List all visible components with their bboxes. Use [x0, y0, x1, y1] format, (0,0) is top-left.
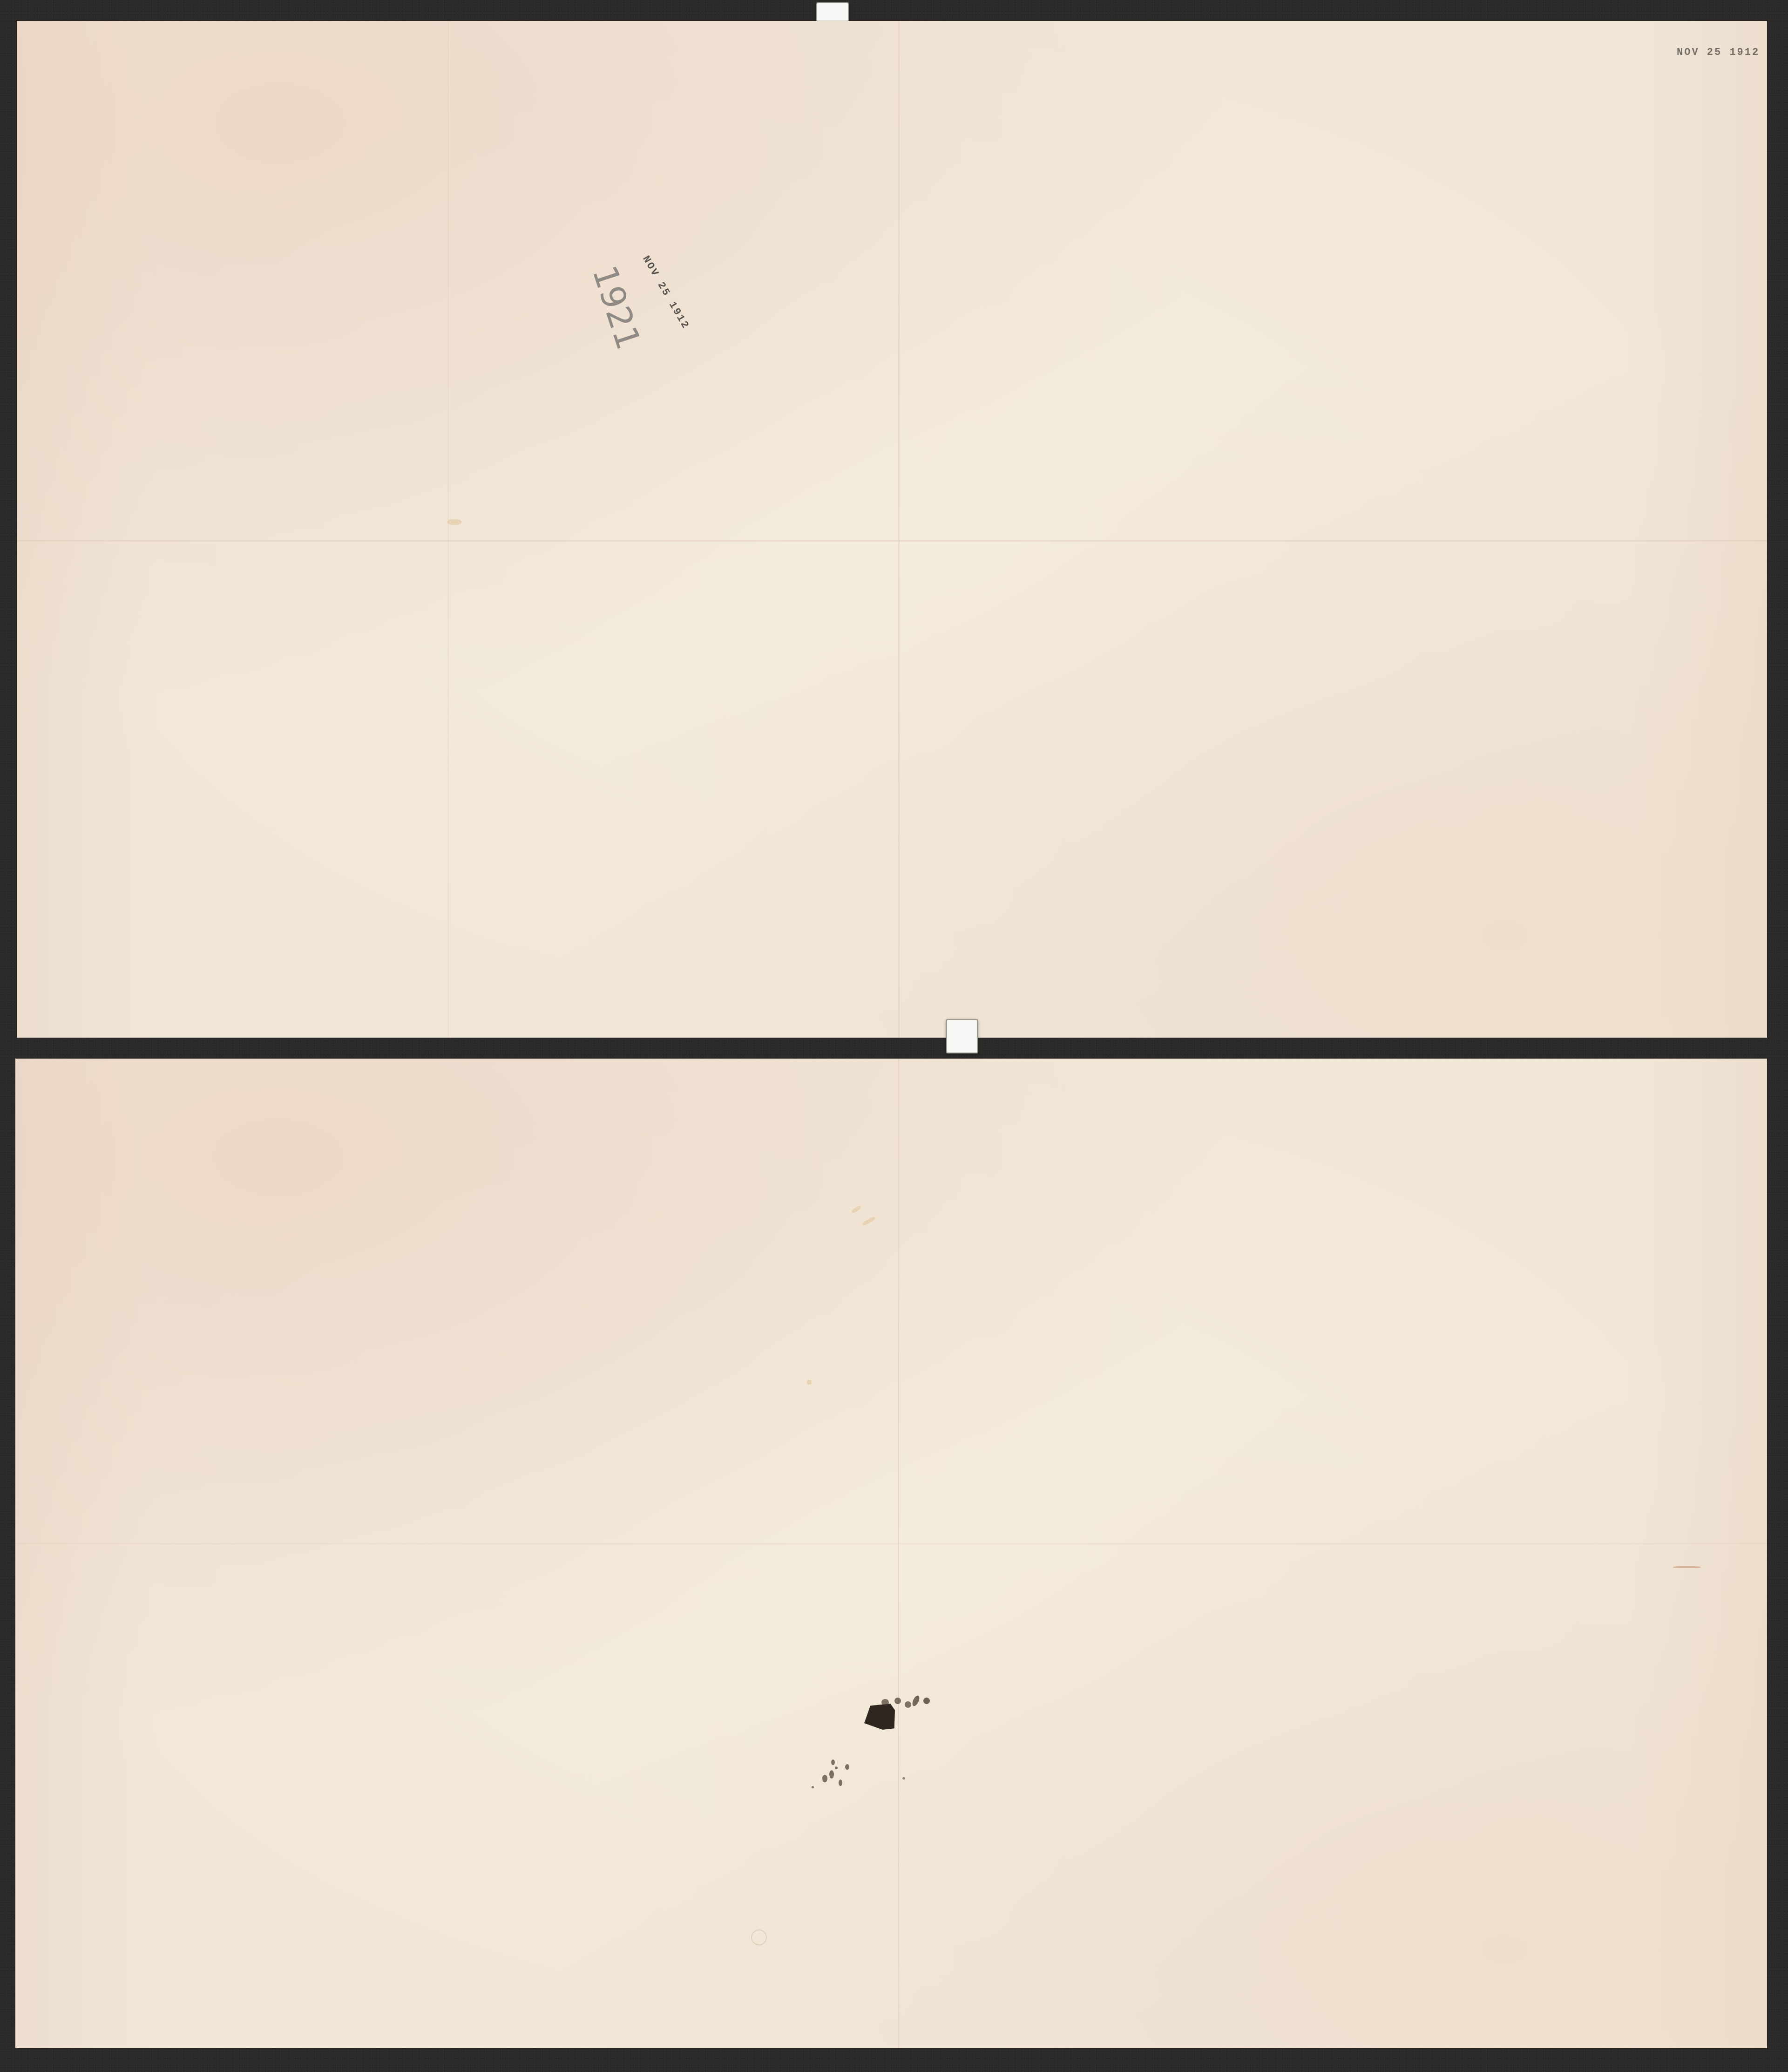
ink-droplet	[845, 1764, 849, 1770]
document-sheet-bottom	[15, 1059, 1767, 2048]
ink-droplet	[835, 1766, 838, 1769]
faint-ring-mark	[751, 1929, 767, 1945]
ink-droplet	[831, 1760, 835, 1765]
fold-line-horizontal	[17, 540, 1767, 542]
stain-mark	[807, 1380, 812, 1385]
fold-line-vertical-center	[898, 21, 900, 1038]
stain-mark	[851, 1205, 862, 1214]
ink-droplet	[902, 1777, 905, 1780]
ink-droplet	[911, 1695, 921, 1707]
date-stamp-center: NOV 25 1912	[640, 254, 691, 332]
ink-droplet	[829, 1770, 834, 1779]
stain-mark	[862, 1216, 876, 1226]
fold-line-horizontal	[15, 1543, 1767, 1544]
ink-droplet	[894, 1698, 901, 1704]
stain-mark	[1673, 1566, 1701, 1568]
pencil-number: 1921	[585, 261, 649, 354]
document-sheet-top: 1921 NOV 25 1912 NOV 25 1912	[17, 21, 1767, 1038]
date-stamp-corner: NOV 25 1912	[1677, 47, 1760, 58]
fold-line-vertical	[447, 21, 449, 1038]
ink-blot-main	[864, 1704, 895, 1730]
ink-droplet	[822, 1775, 827, 1782]
ink-droplet	[923, 1698, 930, 1704]
ink-droplet	[812, 1786, 814, 1788]
ink-droplet	[839, 1780, 842, 1786]
fold-line-vertical-center	[898, 1059, 899, 2048]
ink-droplet	[881, 1699, 889, 1705]
stain-mark	[447, 519, 461, 525]
mounting-tab-middle	[946, 1019, 978, 1053]
ink-droplet	[905, 1701, 911, 1708]
